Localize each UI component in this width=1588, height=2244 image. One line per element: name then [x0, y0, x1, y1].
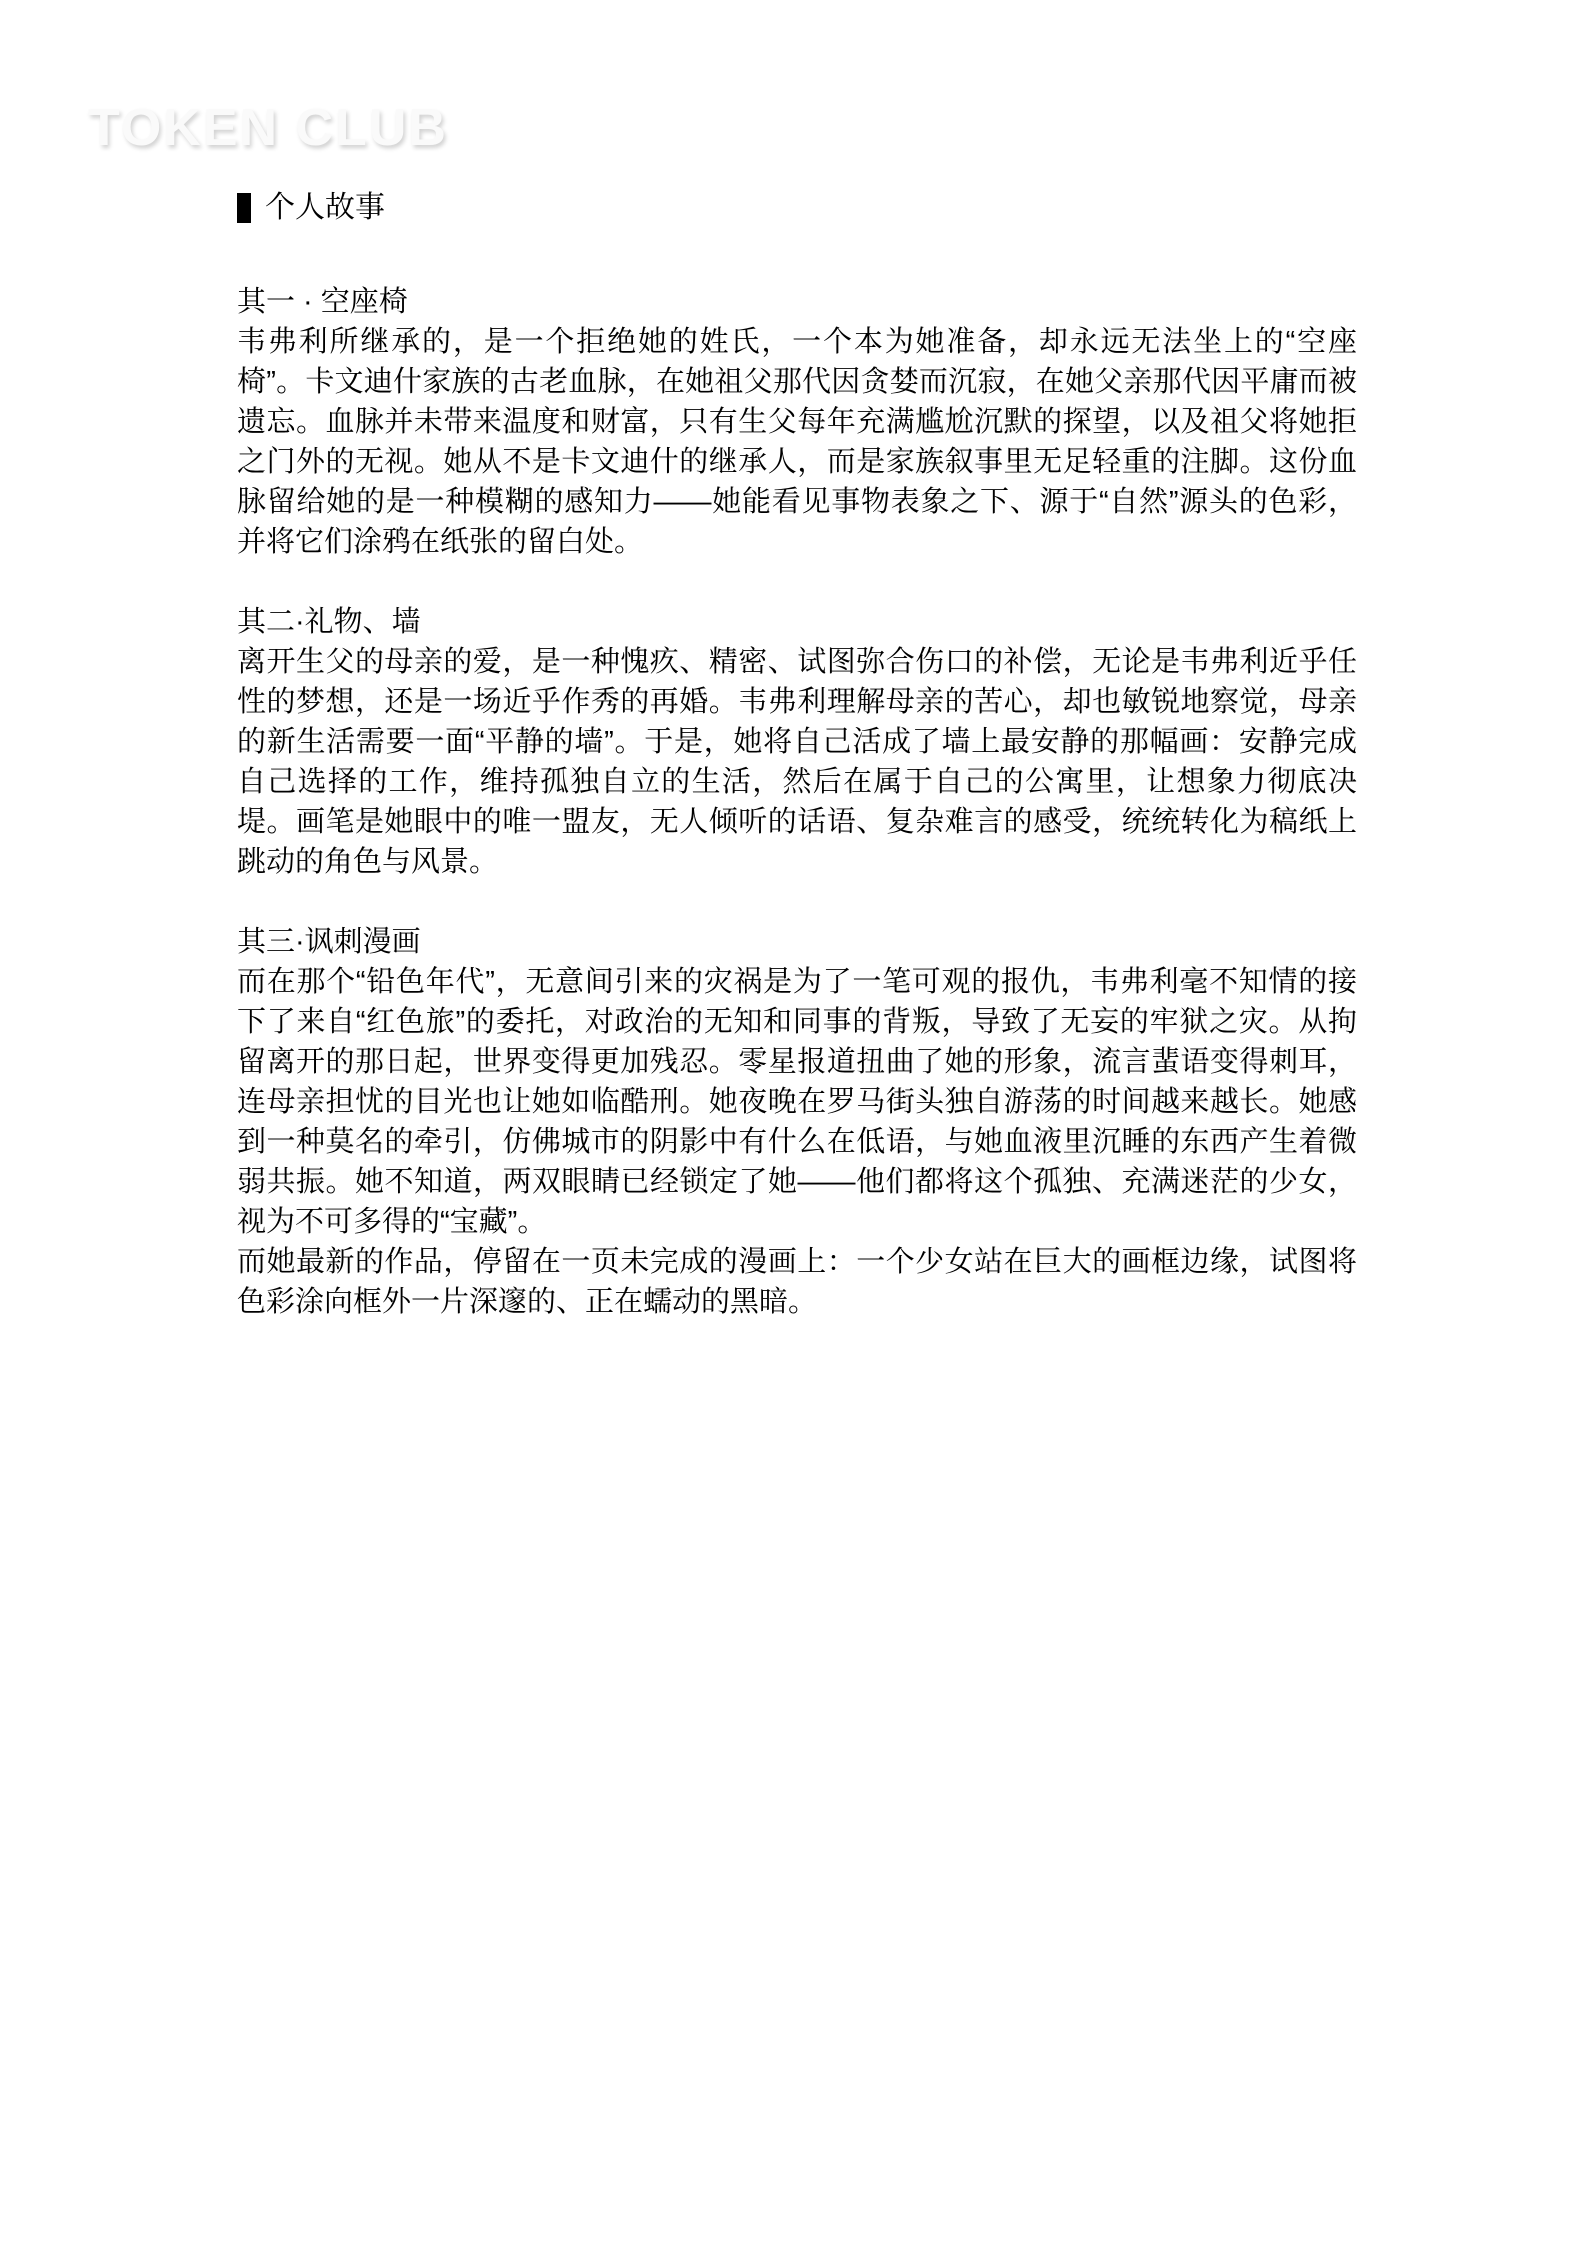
title-marker-bar	[237, 193, 251, 223]
section-paragraph: 而在那个“铅色年代”，无意间引来的灾祸是为了一笔可观的报仇，韦弗利毫不知情的接下…	[237, 962, 1357, 1242]
section-satire-comic: 其三·讽刺漫画 而在那个“铅色年代”，无意间引来的灾祸是为了一笔可观的报仇，韦弗…	[237, 922, 1357, 1322]
section-title: 其一 · 空座椅	[237, 282, 1357, 322]
document-content: 个人故事 其一 · 空座椅 韦弗利所继承的，是一个拒绝她的姓氏，一个本为她准备，…	[237, 188, 1357, 1362]
section-paragraph: 而她最新的作品，停留在一页未完成的漫画上：一个少女站在巨大的画框边缘，试图将色彩…	[237, 1242, 1357, 1322]
section-title: 其二·礼物、墙	[237, 602, 1357, 642]
document-page: TOKEN CLUB 个人故事 其一 · 空座椅 韦弗利所继承的，是一个拒绝她的…	[0, 0, 1588, 2244]
page-title: 个人故事	[237, 188, 1357, 228]
page-title-text: 个人故事	[265, 188, 385, 228]
watermark-logo: TOKEN CLUB	[88, 98, 448, 158]
section-empty-chair: 其一 · 空座椅 韦弗利所继承的，是一个拒绝她的姓氏，一个本为她准备，却永远无法…	[237, 282, 1357, 562]
section-gift-wall: 其二·礼物、墙 离开生父的母亲的爱，是一种愧疚、精密、试图弥合伤口的补偿，无论是…	[237, 602, 1357, 882]
section-paragraph: 离开生父的母亲的爱，是一种愧疚、精密、试图弥合伤口的补偿，无论是韦弗利近乎任性的…	[237, 642, 1357, 882]
section-paragraph: 韦弗利所继承的，是一个拒绝她的姓氏，一个本为她准备，却永远无法坐上的“空座椅”。…	[237, 322, 1357, 562]
section-title: 其三·讽刺漫画	[237, 922, 1357, 962]
